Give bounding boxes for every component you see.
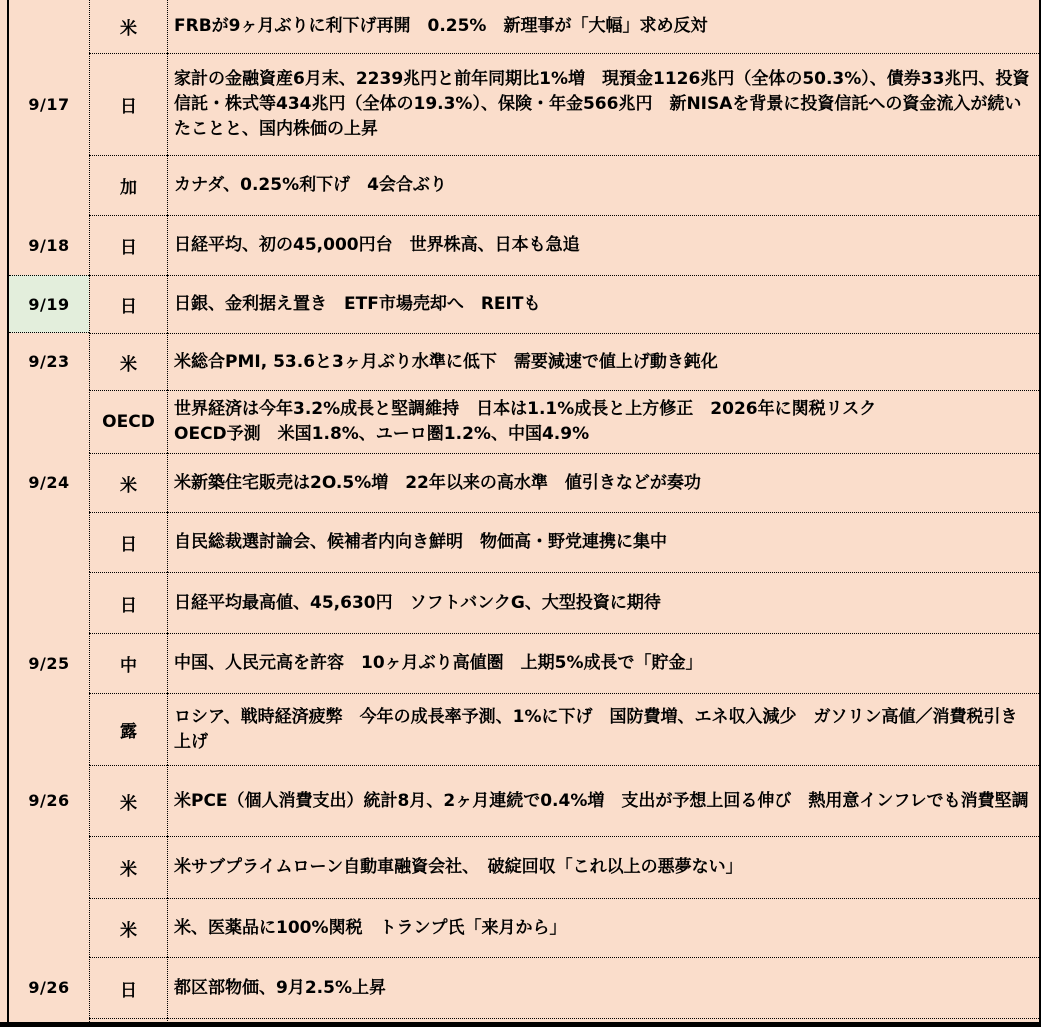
date-cell[interactable]: 9/19	[9, 275, 89, 333]
news-table: 米 FRBが9ヶ月ぶりに利下げ再開 0.25% 新理事が「大幅」求め反対 9/1…	[7, 0, 1041, 1022]
date-cell[interactable]: 9/23	[9, 333, 89, 390]
news-cell[interactable]: 日銀、金利据え置き ETF市場売却へ REITも	[167, 275, 1039, 333]
table-row: 露 ロシア、戦時経済疲弊 今年の成長率予測、1%に下げ 国防費増、エネ収入減少 …	[9, 693, 1039, 765]
news-cell[interactable]: FRBが9ヶ月ぶりに利下げ再開 0.25% 新理事が「大幅」求め反対	[167, 0, 1039, 53]
news-cell[interactable]: ロシア、戦時経済疲弊 今年の成長率予測、1%に下げ 国防費増、エネ収入減少 ガソ…	[167, 693, 1039, 765]
news-cell[interactable]: 都区部物価、9月2.5%上昇	[167, 957, 1039, 1018]
country-cell[interactable]: 日	[89, 957, 167, 1018]
date-cell[interactable]	[9, 390, 89, 453]
news-cell[interactable]: 日経平均最高値、45,630円 ソフトバンクG、大型投資に期待	[167, 572, 1039, 633]
country-cell[interactable]: 中	[89, 633, 167, 693]
adjacent-column-sliver	[0, 0, 7, 1022]
news-cell[interactable]: 米サブプライムローン自動車融資会社、 破綻回収「これ以上の悪夢ない」	[167, 836, 1039, 898]
country-cell[interactable]: 日	[89, 572, 167, 633]
table-row: 日 自民総裁選討論会、候補者内向き鮮明 物価高・野党連携に集中	[9, 512, 1039, 572]
date-cell[interactable]: 9/26	[9, 957, 89, 1018]
table-row: 9/19 日 日銀、金利据え置き ETF市場売却へ REITも	[9, 275, 1039, 333]
country-cell[interactable]: 日	[89, 215, 167, 275]
table-row: 9/25 中 中国、人民元高を許容 10ヶ月ぶり高値圏 上期5%成長で「貯金」	[9, 633, 1039, 693]
date-cell[interactable]	[9, 512, 89, 572]
country-cell[interactable]: 米	[89, 898, 167, 957]
table-row: 米 FRBが9ヶ月ぶりに利下げ再開 0.25% 新理事が「大幅」求め反対	[9, 0, 1039, 53]
table-row: 9/24 米 米新築住宅販売は2O.5%増 22年以来の高水準 値引きなどが奏功	[9, 453, 1039, 512]
table-row: 日 日経平均最高値、45,630円 ソフトバンクG、大型投資に期待	[9, 572, 1039, 633]
news-cell[interactable]: カナダ、0.25%利下げ 4会合ぶり	[167, 155, 1039, 215]
date-cell[interactable]	[9, 155, 89, 215]
news-cell[interactable]: 米総合PMI, 53.6と3ヶ月ぶり水準に低下 需要減速で値上げ動き鈍化	[167, 333, 1039, 390]
news-cell[interactable]: 自民総裁選討論会、候補者内向き鮮明 物価高・野党連携に集中	[167, 512, 1039, 572]
table-row: 9/26 米 米PCE（個人消費支出）統計8月、2ヶ月連続で0.4%増 支出が予…	[9, 765, 1039, 836]
date-cell[interactable]: 9/25	[9, 633, 89, 693]
news-cell[interactable]: 米PCE（個人消費支出）統計8月、2ヶ月連続で0.4%増 支出が予想上回る伸び …	[167, 765, 1039, 836]
country-cell[interactable]: 加	[89, 155, 167, 215]
country-cell[interactable]: 米	[89, 0, 167, 53]
table-row: OECD 世界経済は今年3.2%成長と堅調維持 日本は1.1%成長と上方修正 2…	[9, 390, 1039, 453]
news-cell[interactable]: 日経平均、初の45,000円台 世界株高、日本も急追	[167, 215, 1039, 275]
date-cell[interactable]: 9/26	[9, 765, 89, 836]
country-cell[interactable]: 米	[89, 765, 167, 836]
spreadsheet-page: 米 FRBが9ヶ月ぶりに利下げ再開 0.25% 新理事が「大幅」求め反対 9/1…	[0, 0, 1046, 1027]
country-cell[interactable]: 日	[89, 512, 167, 572]
table-row: 9/23 米 米総合PMI, 53.6と3ヶ月ぶり水準に低下 需要減速で値上げ動…	[9, 333, 1039, 390]
country-cell[interactable]: 米	[89, 333, 167, 390]
date-cell[interactable]: 9/24	[9, 453, 89, 512]
table-row: 米 米サブプライムローン自動車融資会社、 破綻回収「これ以上の悪夢ない」	[9, 836, 1039, 898]
news-cell[interactable]: 米、医薬品に100%関税 トランプ氏「来月から」	[167, 898, 1039, 957]
table-row: 9/26 日 都区部物価、9月2.5%上昇	[9, 957, 1039, 1018]
table-row: 9/17 日 家計の金融資産6月末、2239兆円と前年同期比1%増 現預金112…	[9, 53, 1039, 155]
news-cell[interactable]: 家計の金融資産6月末、2239兆円と前年同期比1%増 現預金1126兆円（全体の…	[167, 53, 1039, 155]
date-cell[interactable]	[9, 693, 89, 765]
news-cell[interactable]: 米新築住宅販売は2O.5%増 22年以来の高水準 値引きなどが奏功	[167, 453, 1039, 512]
table-row: 米 米、医薬品に100%関税 トランプ氏「来月から」	[9, 898, 1039, 957]
country-cell[interactable]: 日	[89, 275, 167, 333]
country-cell[interactable]: 日	[89, 53, 167, 155]
country-cell[interactable]: 露	[89, 693, 167, 765]
date-cell[interactable]	[9, 0, 89, 53]
table-row: 9/18 日 日経平均、初の45,000円台 世界株高、日本も急追	[9, 215, 1039, 275]
country-cell[interactable]: OECD	[89, 390, 167, 453]
news-cell[interactable]: 世界経済は今年3.2%成長と堅調維持 日本は1.1%成長と上方修正 2026年に…	[167, 390, 1039, 453]
country-cell[interactable]: 米	[89, 453, 167, 512]
table-row: 加 カナダ、0.25%利下げ 4会合ぶり	[9, 155, 1039, 215]
date-cell[interactable]	[9, 836, 89, 898]
date-cell[interactable]: 9/18	[9, 215, 89, 275]
country-cell[interactable]: 米	[89, 836, 167, 898]
table-bottom-border	[0, 1022, 1041, 1027]
date-cell[interactable]	[9, 572, 89, 633]
date-cell[interactable]	[9, 898, 89, 957]
news-cell[interactable]: 中国、人民元高を許容 10ヶ月ぶり高値圏 上期5%成長で「貯金」	[167, 633, 1039, 693]
date-cell[interactable]: 9/17	[9, 53, 89, 155]
